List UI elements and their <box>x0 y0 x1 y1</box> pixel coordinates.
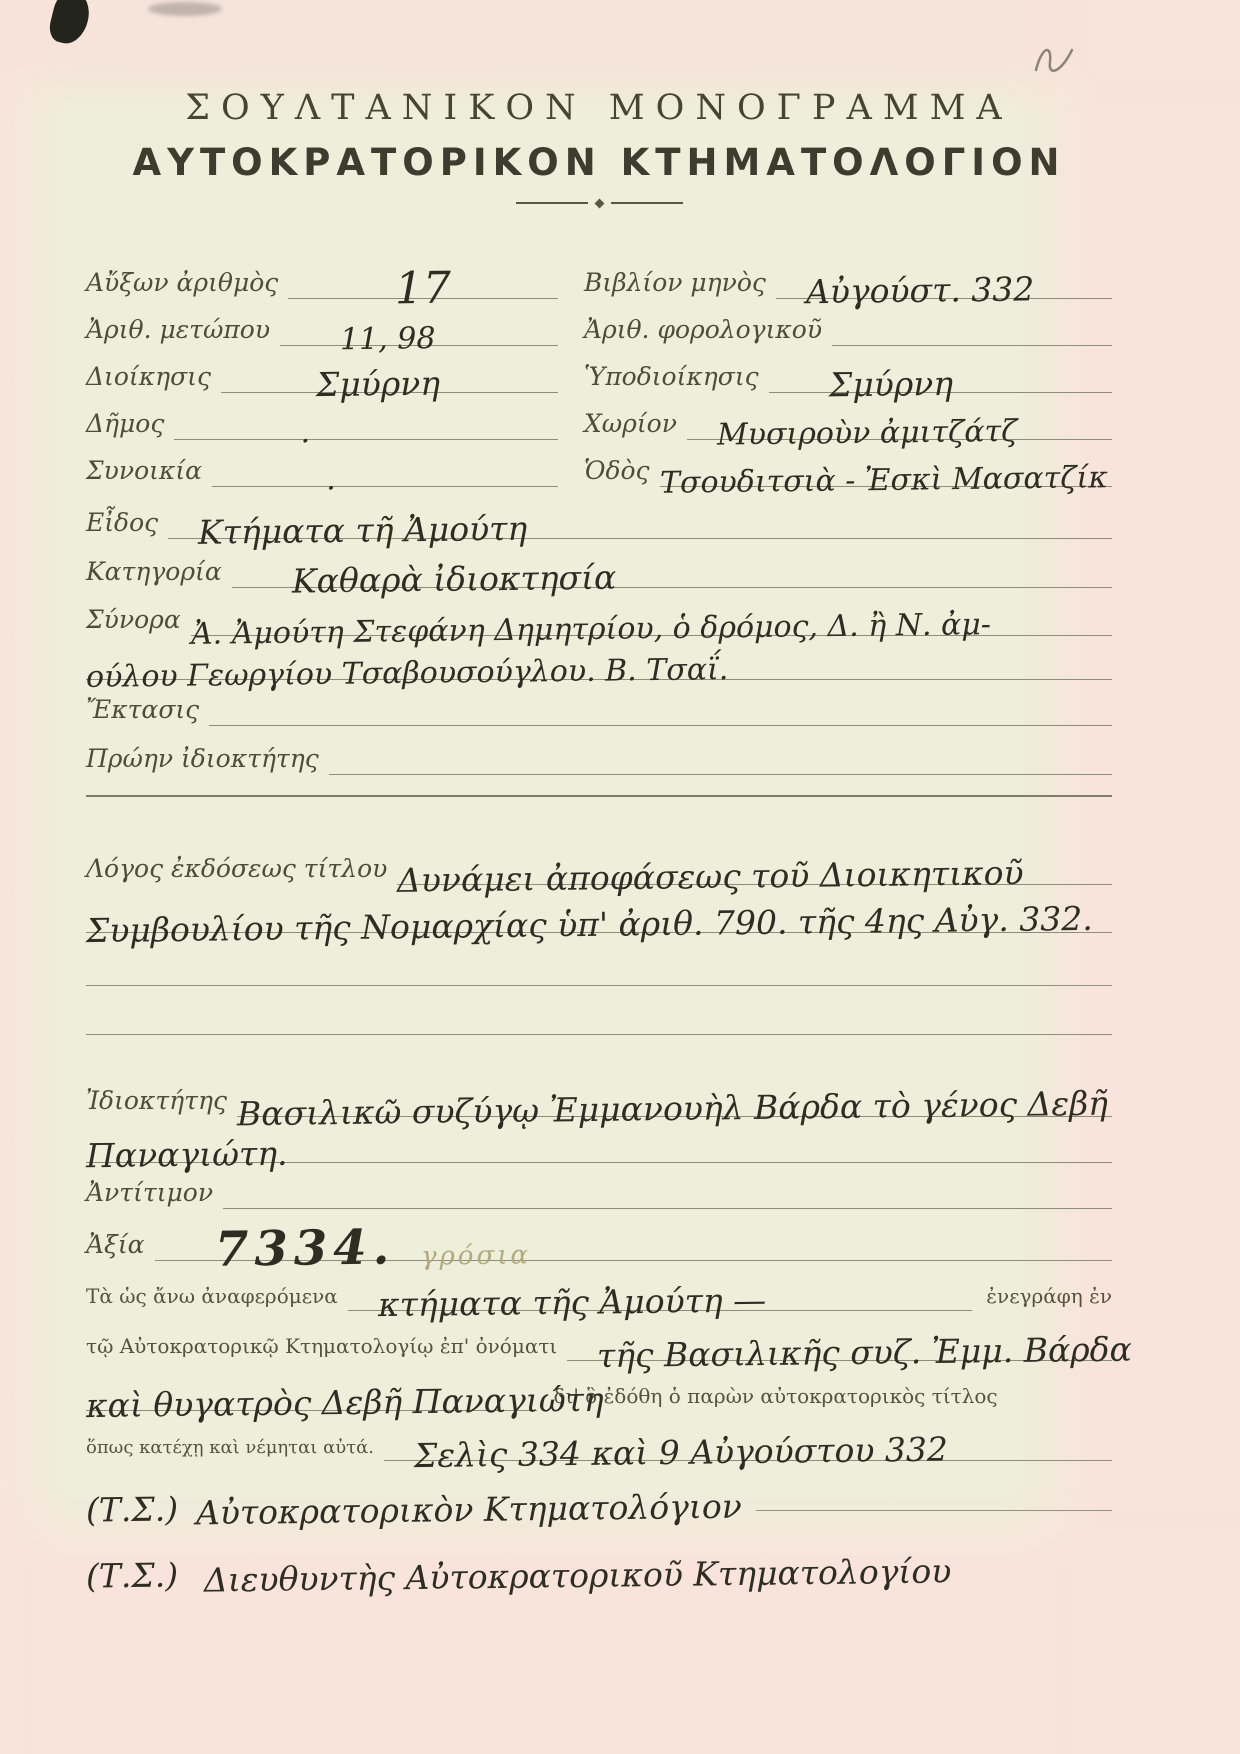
ypodioikisis-value: Σμύρνη <box>768 370 952 400</box>
field-eidos: Εἶδος Κτήματα τῆ Ἀμούτη <box>86 508 1112 539</box>
vivlion-minos-line: Αὐγούστ. 332 <box>776 277 1112 299</box>
closing-hand-1: κτήματα τῆς Ἀμούτη — <box>348 1286 766 1319</box>
logos-ekdoseos-line1: Δυνάμει ἀποφάσεως τοῦ Διοικητικοῦ <box>397 863 1112 885</box>
axia-value-note: γρόσια <box>421 1244 531 1267</box>
idioktitis-line1: Βασιλικῶ συζύγῳ Ἐμμανουὴλ Βάρδα τὸ γένος… <box>237 1095 1112 1117</box>
form-row-owner: Ἰδιοκτήτης Βασιλικῶ συζύγῳ Ἐμμανουὴλ Βάρ… <box>86 1035 1112 1117</box>
synoikia-line: . <box>212 468 558 488</box>
dimos-line: . <box>174 421 558 441</box>
arith-metopou-label: Ἀριθ. μετώπου <box>86 315 270 346</box>
field-ypodioikisis: Ὑποδιοίκησις Σμύρνη <box>584 362 1112 393</box>
form-row-title-issue-reason: Λόγος ἐκδόσεως τίτλου Δυνάμει ἀποφάσεως … <box>86 797 1112 885</box>
ypodioikisis-label: Ὑποδιοίκησις <box>584 362 759 393</box>
synora-value-line1: Ἀ. Ἀμούτη Στεφάνη Δημητρίου, ὁ δρόμος, Δ… <box>191 612 991 647</box>
closing-hand-4: Σελὶς 334 καὶ 9 Αὐγούστου 332 <box>384 1436 948 1471</box>
ornament-line <box>516 202 588 204</box>
closing-hand-line-3: καὶ θυγατρὸς Δεβῆ Παναγιώτη <box>86 1389 537 1411</box>
idioktitis-line2: Παναγιώτη. <box>86 1141 1112 1163</box>
closing-hand-2: τῆς Βασιλικῆς συζ. Ἐμμ. Βάρδα <box>567 1336 1132 1371</box>
field-dimos: Δῆμος . <box>86 409 584 440</box>
signature-rule <box>756 1510 1112 1511</box>
dimos-value: . <box>174 420 310 447</box>
closing-printed-1a: Τὰ ὡς ἄνω ἀναφερόμενα <box>86 1284 338 1311</box>
odos-line: Τσουδιτσιὰ - Ἐσκὶ Μασατζίκ <box>660 468 1112 488</box>
field-antitimon: Ἀντίτιμον <box>86 1178 1112 1209</box>
eidos-label: Εἶδος <box>86 508 158 539</box>
seal-abbrev-2: (Τ.Σ.) <box>86 1561 178 1590</box>
closing-hand-line-2: τῆς Βασιλικῆς συζ. Ἐμμ. Βάρδα <box>567 1339 1112 1361</box>
document-sheet: ΣΟΥΛΤΑΝΙΚΟΝ ΜΟΝΟΓΡΑΜΜΑ ΑΥΤΟΚΡΑΤΟΡΙΚΟΝ ΚΤ… <box>0 0 1240 1583</box>
logos-ekdoseos-label: Λόγος ἐκδόσεως τίτλου <box>86 854 387 885</box>
arith-forologikou-label: Ἀριθ. φορολογικοῦ <box>584 315 822 346</box>
cadastre-form: Αὔξων ἀριθμὸς 17 Βιβλίον μηνὸς Αὐγούστ. … <box>86 252 1112 1583</box>
axia-line: 7334. γρόσια <box>155 1229 1112 1261</box>
field-auxon-arithmos: Αὔξων ἀριθμὸς 17 <box>86 268 584 299</box>
arith-metopou-line: 11, 98 <box>280 327 558 347</box>
signature-text-2: Διευθυντὴς Αὐτοκρατορικοῦ Κτηματολογίου <box>204 1557 952 1594</box>
arith-forologikou-line <box>832 345 1112 346</box>
scanned-document-page: ΣΟΥΛΤΑΝΙΚΟΝ ΜΟΝΟΓΡΑΜΜΑ ΑΥΤΟΚΡΑΤΟΡΙΚΟΝ ΚΤ… <box>0 0 1240 1754</box>
chorion-label: Χωρίον <box>584 409 677 440</box>
closing-hand-3: καὶ θυγατρὸς Δεβῆ Παναγιώτη <box>86 1386 604 1420</box>
document-title: ΣΟΥΛΤΑΝΙΚΟΝ ΜΟΝΟΓΡΑΜΜΑ <box>86 88 1112 128</box>
synoikia-value: . <box>212 467 336 494</box>
signature-text-1: Αὐτοκρατορικὸν Κτηματολόγιον <box>196 1493 742 1528</box>
field-synoikia: Συνοικία . <box>86 456 584 487</box>
dioikisis-label: Διοίκησις <box>86 362 211 393</box>
closing-hand-line-1: κτήματα τῆς Ἀμούτη — <box>348 1289 973 1311</box>
synoikia-label: Συνοικία <box>86 456 202 487</box>
field-arith-forologikou: Ἀριθ. φορολογικοῦ <box>584 315 1112 346</box>
blank-ruled-line <box>86 985 1112 986</box>
proin-idioktitis-label: Πρώην ἰδιοκτήτης <box>86 744 319 775</box>
katigoria-line: Καθαρὰ ἰδιοκτησία <box>232 566 1112 588</box>
vivlion-minos-value: Αὐγούστ. 332 <box>776 275 1035 306</box>
closing-printed-1b: ἐνεγράφη ἐν <box>986 1284 1112 1311</box>
closing-printed-4: ὅπως κατέχῃ καὶ νέμηται αὐτά. <box>86 1437 374 1461</box>
auxon-arithmos-label: Αὔξων ἀριθμὸς <box>86 268 278 299</box>
odos-value: Τσουδιτσιὰ - Ἐσκὶ Μασατζίκ <box>659 465 1107 496</box>
odos-label: Ὁδὸς <box>584 456 650 487</box>
field-arith-metopou: Ἀριθ. μετώπου 11, 98 <box>86 315 584 346</box>
form-row-district: Διοίκησις Σμύρνη Ὑποδιοίκησις Σμύρνη <box>86 346 1112 393</box>
dioikisis-line: Σμύρνη <box>221 371 558 393</box>
ornament-line <box>611 202 683 204</box>
field-odos: Ὁδὸς Τσουδιτσιὰ - Ἐσκὶ Μασατζίκ <box>584 456 1112 487</box>
field-ektasis: Ἔκτασις <box>86 695 1112 726</box>
logos-ekdoseos-value-line2: Συμβουλίου τῆς Νομαρχίας ὑπ' ἀριθ. 790. … <box>86 905 1093 945</box>
logos-ekdoseos-value-line1: Δυνάμει ἀποφάσεως τοῦ Διοικητικοῦ <box>397 859 1024 895</box>
field-vivlion-minos: Βιβλίον μηνὸς Αὐγούστ. 332 <box>584 268 1112 299</box>
auxon-arithmos-value: 17 <box>395 269 451 307</box>
closing-printed-3: δι' ὃ ἐδόθη ὁ παρὼν αὐτοκρατορικὸς τίτλο… <box>553 1384 997 1411</box>
synora-value-line2: ούλου Γεωργίου Τσαβουσούγλου. Β. Τσαΐ. <box>86 657 729 690</box>
chorion-value: Μυσιροὺν ἀμιτζάτζ <box>687 418 1018 448</box>
chorion-line: Μυσιροὺν ἀμιτζάτζ <box>687 421 1112 441</box>
axia-label: Ἀξία <box>86 1230 145 1261</box>
arith-metopou-value: 11, 98 <box>280 326 436 353</box>
field-chorion: Χωρίον Μυσιροὺν ἀμιτζάτζ <box>584 409 1112 440</box>
form-row-value: Ἀξία 7334. γρόσια <box>86 1209 1112 1261</box>
seal-abbrev-1: (Τ.Σ.) <box>86 1495 178 1524</box>
ornament-divider <box>494 196 704 210</box>
field-katigoria: Κατηγορία Καθαρὰ ἰδιοκτησία <box>86 557 1112 588</box>
axia-value: 7334. <box>154 1228 395 1272</box>
idioktitis-value-line2: Παναγιώτη. <box>86 1140 288 1171</box>
synora-line1: Ἀ. Ἀμούτη Στεφάνη Δημητρίου, ὁ δρόμος, Δ… <box>191 617 1112 637</box>
antitimon-line <box>223 1208 1112 1209</box>
closing-printed-2: τῷ Αὐτοκρατορικῷ Κτηματολογίῳ ἐπ' ὀνόματ… <box>86 1334 557 1361</box>
field-dioikisis: Διοίκησις Σμύρνη <box>86 362 584 393</box>
eidos-value: Κτήματα τῆ Ἀμούτη <box>168 515 528 547</box>
synora-line2: ούλου Γεωργίου Τσαβουσούγλου. Β. Τσαΐ. <box>86 661 1112 681</box>
antitimon-label: Ἀντίτιμον <box>86 1178 213 1209</box>
ektasis-line <box>209 725 1112 726</box>
idioktitis-value-line1: Βασιλικῶ συζύγῳ Ἐμμανουὴλ Βάρδα τὸ γένος… <box>237 1090 1108 1129</box>
synora-label: Σύνορα <box>86 605 181 636</box>
field-proin-idioktitis: Πρώην ἰδιοκτήτης <box>86 744 1112 775</box>
ypodioikisis-line: Σμύρνη <box>769 371 1112 393</box>
field-axia: Ἀξία 7334. γρόσια <box>86 1229 1112 1261</box>
proin-idioktitis-line <box>329 774 1112 775</box>
logos-ekdoseos-line2: Συμβουλίου τῆς Νομαρχίας ὑπ' ἀριθ. 790. … <box>86 911 1112 933</box>
katigoria-value: Καθαρὰ ἰδιοκτησία <box>232 564 617 597</box>
ektasis-label: Ἔκτασις <box>86 695 199 726</box>
eidos-line: Κτήματα τῆ Ἀμούτη <box>168 517 1112 539</box>
vivlion-minos-label: Βιβλίον μηνὸς <box>584 268 766 299</box>
dimos-label: Δῆμος <box>86 409 164 440</box>
closing-hand-line-4: Σελὶς 334 καὶ 9 Αὐγούστου 332 <box>384 1439 1112 1461</box>
dioikisis-value: Σμύρνη <box>221 370 440 401</box>
auxon-arithmos-line: 17 <box>288 270 558 299</box>
katigoria-label: Κατηγορία <box>86 557 222 588</box>
form-row-previous-owner: Πρώην ἰδιοκτήτης <box>86 726 1112 775</box>
idioktitis-label: Ἰδιοκτήτης <box>86 1086 227 1117</box>
field-synora: Σύνορα Ἀ. Ἀμούτη Στεφάνη Δημητρίου, ὁ δρ… <box>86 605 1112 636</box>
document-subtitle: ΑΥΤΟΚΡΑΤΟΡΙΚΟΝ ΚΤΗΜΑΤΟΛΟΓΙΟΝ <box>86 141 1112 184</box>
ornament-dot <box>594 198 604 208</box>
field-logos-ekdoseos: Λόγος ἐκδόσεως τίτλου Δυνάμει ἀποφάσεως … <box>86 854 1112 885</box>
form-row-serial-book: Αὔξων ἀριθμὸς 17 Βιβλίον μηνὸς Αὐγούστ. … <box>86 252 1112 299</box>
field-idioktitis: Ἰδιοκτήτης Βασιλικῶ συζύγῳ Ἐμμανουὴλ Βάρ… <box>86 1086 1112 1117</box>
